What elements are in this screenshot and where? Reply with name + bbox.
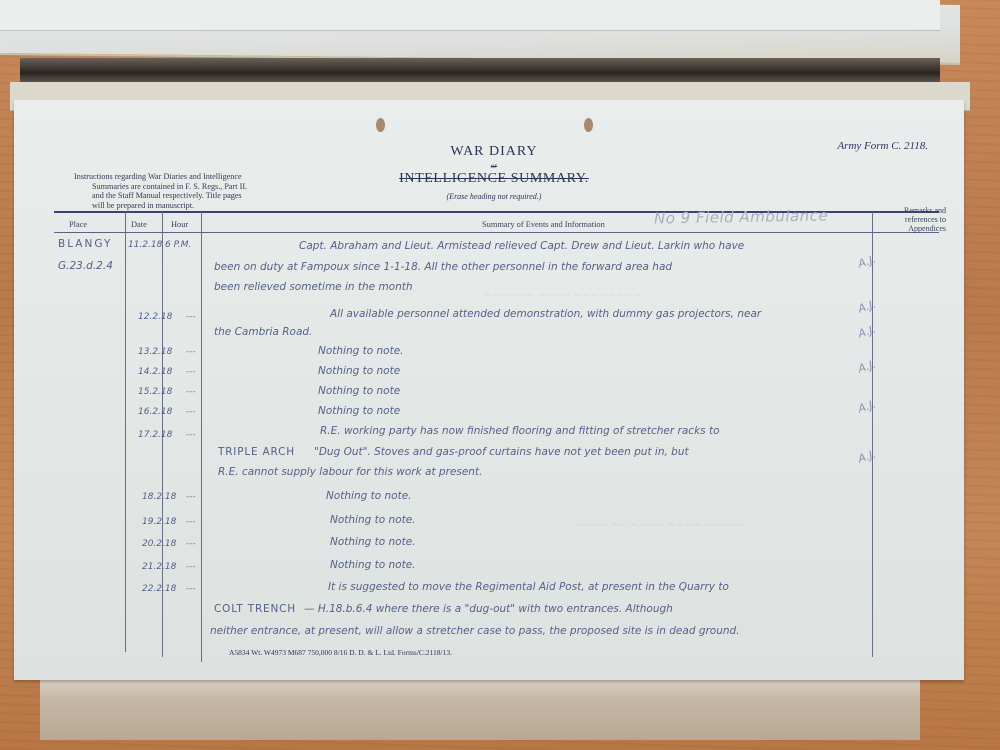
header-rule-bottom [54, 232, 939, 233]
bleed-through-text: ~~~~ ~~ ~~~~ ~~~~ ~~~~~ [574, 520, 746, 531]
entry-hour: --- [186, 584, 196, 594]
punch-hole-left [376, 118, 385, 132]
remarks-initial: A.J. [856, 448, 877, 466]
entry-text: been on duty at Fampoux since 1-1-18. Al… [214, 261, 672, 273]
entry-text: Capt. Abraham and Lieut. Armistead relie… [299, 240, 744, 252]
entry-text: been relieved sometime in the month [214, 281, 413, 293]
entry-date: 22.2.18 [142, 584, 176, 594]
entry-date: 16.2.18 [138, 407, 172, 417]
entry-text: Nothing to note. [326, 490, 412, 502]
entry-text: Nothing to note [318, 405, 400, 417]
entry-date: 15.2.18 [138, 387, 172, 397]
location-triple-arch: TRIPLE ARCH [218, 446, 295, 458]
place-grid-reference: G.23.d.2.4 [58, 260, 113, 272]
remarks-initial: A.J. [856, 323, 877, 341]
entry-hour: --- [186, 430, 196, 440]
column-divider-remarks [872, 212, 873, 657]
remarks-initial: A.J. [856, 398, 877, 416]
remarks-initial: A.J. [856, 253, 877, 271]
column-header-hour: Hour [171, 220, 188, 229]
title-war-diary: WAR DIARY [374, 144, 614, 160]
entry-hour: --- [186, 539, 196, 549]
entry-text: R.E. cannot supply labour for this work … [218, 466, 482, 478]
entry-hour: --- [186, 517, 196, 527]
entry-text: Nothing to note. [330, 536, 416, 548]
entry-date: 11.2.18 [128, 240, 162, 250]
entry-hour: --- [186, 387, 196, 397]
entry-text: Nothing to note. [330, 559, 416, 571]
column-divider-place [125, 212, 126, 652]
column-header-summary: Summary of Events and Information [482, 220, 605, 229]
printer-imprint: A5834 Wt. W4973 M687 750,000 8/16 D. D. … [229, 648, 452, 657]
column-header-place: Place [69, 220, 87, 229]
entry-text: — H.18.b.6.4 where there is a "dug-out" … [304, 603, 673, 615]
title-intelligence-summary: INTELLIGENCE SUMMARY. [374, 171, 614, 187]
entry-text: "Dug Out". Stoves and gas-proof curtains… [314, 446, 689, 458]
entry-text: Nothing to note. [330, 514, 416, 526]
entry-hour: 6 P.M. [165, 240, 191, 250]
column-divider-hour [201, 212, 202, 662]
entry-hour: --- [186, 492, 196, 502]
location-colt-trench: COLT TRENCH [214, 603, 296, 615]
entry-hour: --- [186, 562, 196, 572]
entry-text: Nothing to note [318, 385, 400, 397]
column-header-date: Date [131, 220, 147, 229]
entry-text: the Cambria Road. [214, 326, 312, 338]
paper-stack-top-sheet [0, 0, 940, 31]
place-blangy: BLANGY [58, 238, 112, 250]
war-diary-page: Instructions regarding War Diaries and I… [14, 100, 964, 680]
column-header-remarks: Remarks and references to Appendices [876, 206, 946, 233]
entry-hour: --- [186, 347, 196, 357]
punch-hole-right [584, 118, 593, 132]
entry-hour: --- [186, 312, 196, 322]
entry-text: Nothing to note. [318, 345, 404, 357]
entry-text: R.E. working party has now finished floo… [320, 425, 720, 437]
unit-name: No 9 Field Ambulance [654, 206, 828, 227]
entry-date: 21.2.18 [142, 562, 176, 572]
entry-text: Nothing to note [318, 365, 400, 377]
entry-hour: --- [186, 367, 196, 377]
form-instructions: Instructions regarding War Diaries and I… [74, 172, 289, 210]
entry-date: 13.2.18 [138, 347, 172, 357]
army-form-number: Army Form C. 2118. [837, 140, 928, 152]
remarks-initial: A.J. [856, 298, 877, 316]
entry-text: neither entrance, at present, will allow… [210, 625, 740, 637]
entry-date: 17.2.18 [138, 430, 172, 440]
remarks-initial: A.J. [856, 358, 877, 376]
entry-date: 14.2.18 [138, 367, 172, 377]
erase-note: (Erase heading not required.) [374, 192, 614, 201]
entry-date: 12.2.18 [138, 312, 172, 322]
form-title: WAR DIARY or INTELLIGENCE SUMMARY. (Eras… [374, 144, 614, 201]
entry-text: All available personnel attended demonst… [330, 308, 761, 320]
entry-date: 19.2.18 [142, 517, 176, 527]
title-or: or [374, 162, 614, 170]
entry-text: It is suggested to move the Regimental A… [328, 581, 729, 593]
brown-wrapping-paper [40, 680, 920, 740]
entry-date: 18.2.18 [142, 492, 176, 502]
entry-hour: --- [186, 407, 196, 417]
bleed-through-text: ~~~~~~ ~~~~ ~~~~~~~~ [484, 290, 641, 301]
entry-date: 20.2.18 [142, 539, 176, 549]
